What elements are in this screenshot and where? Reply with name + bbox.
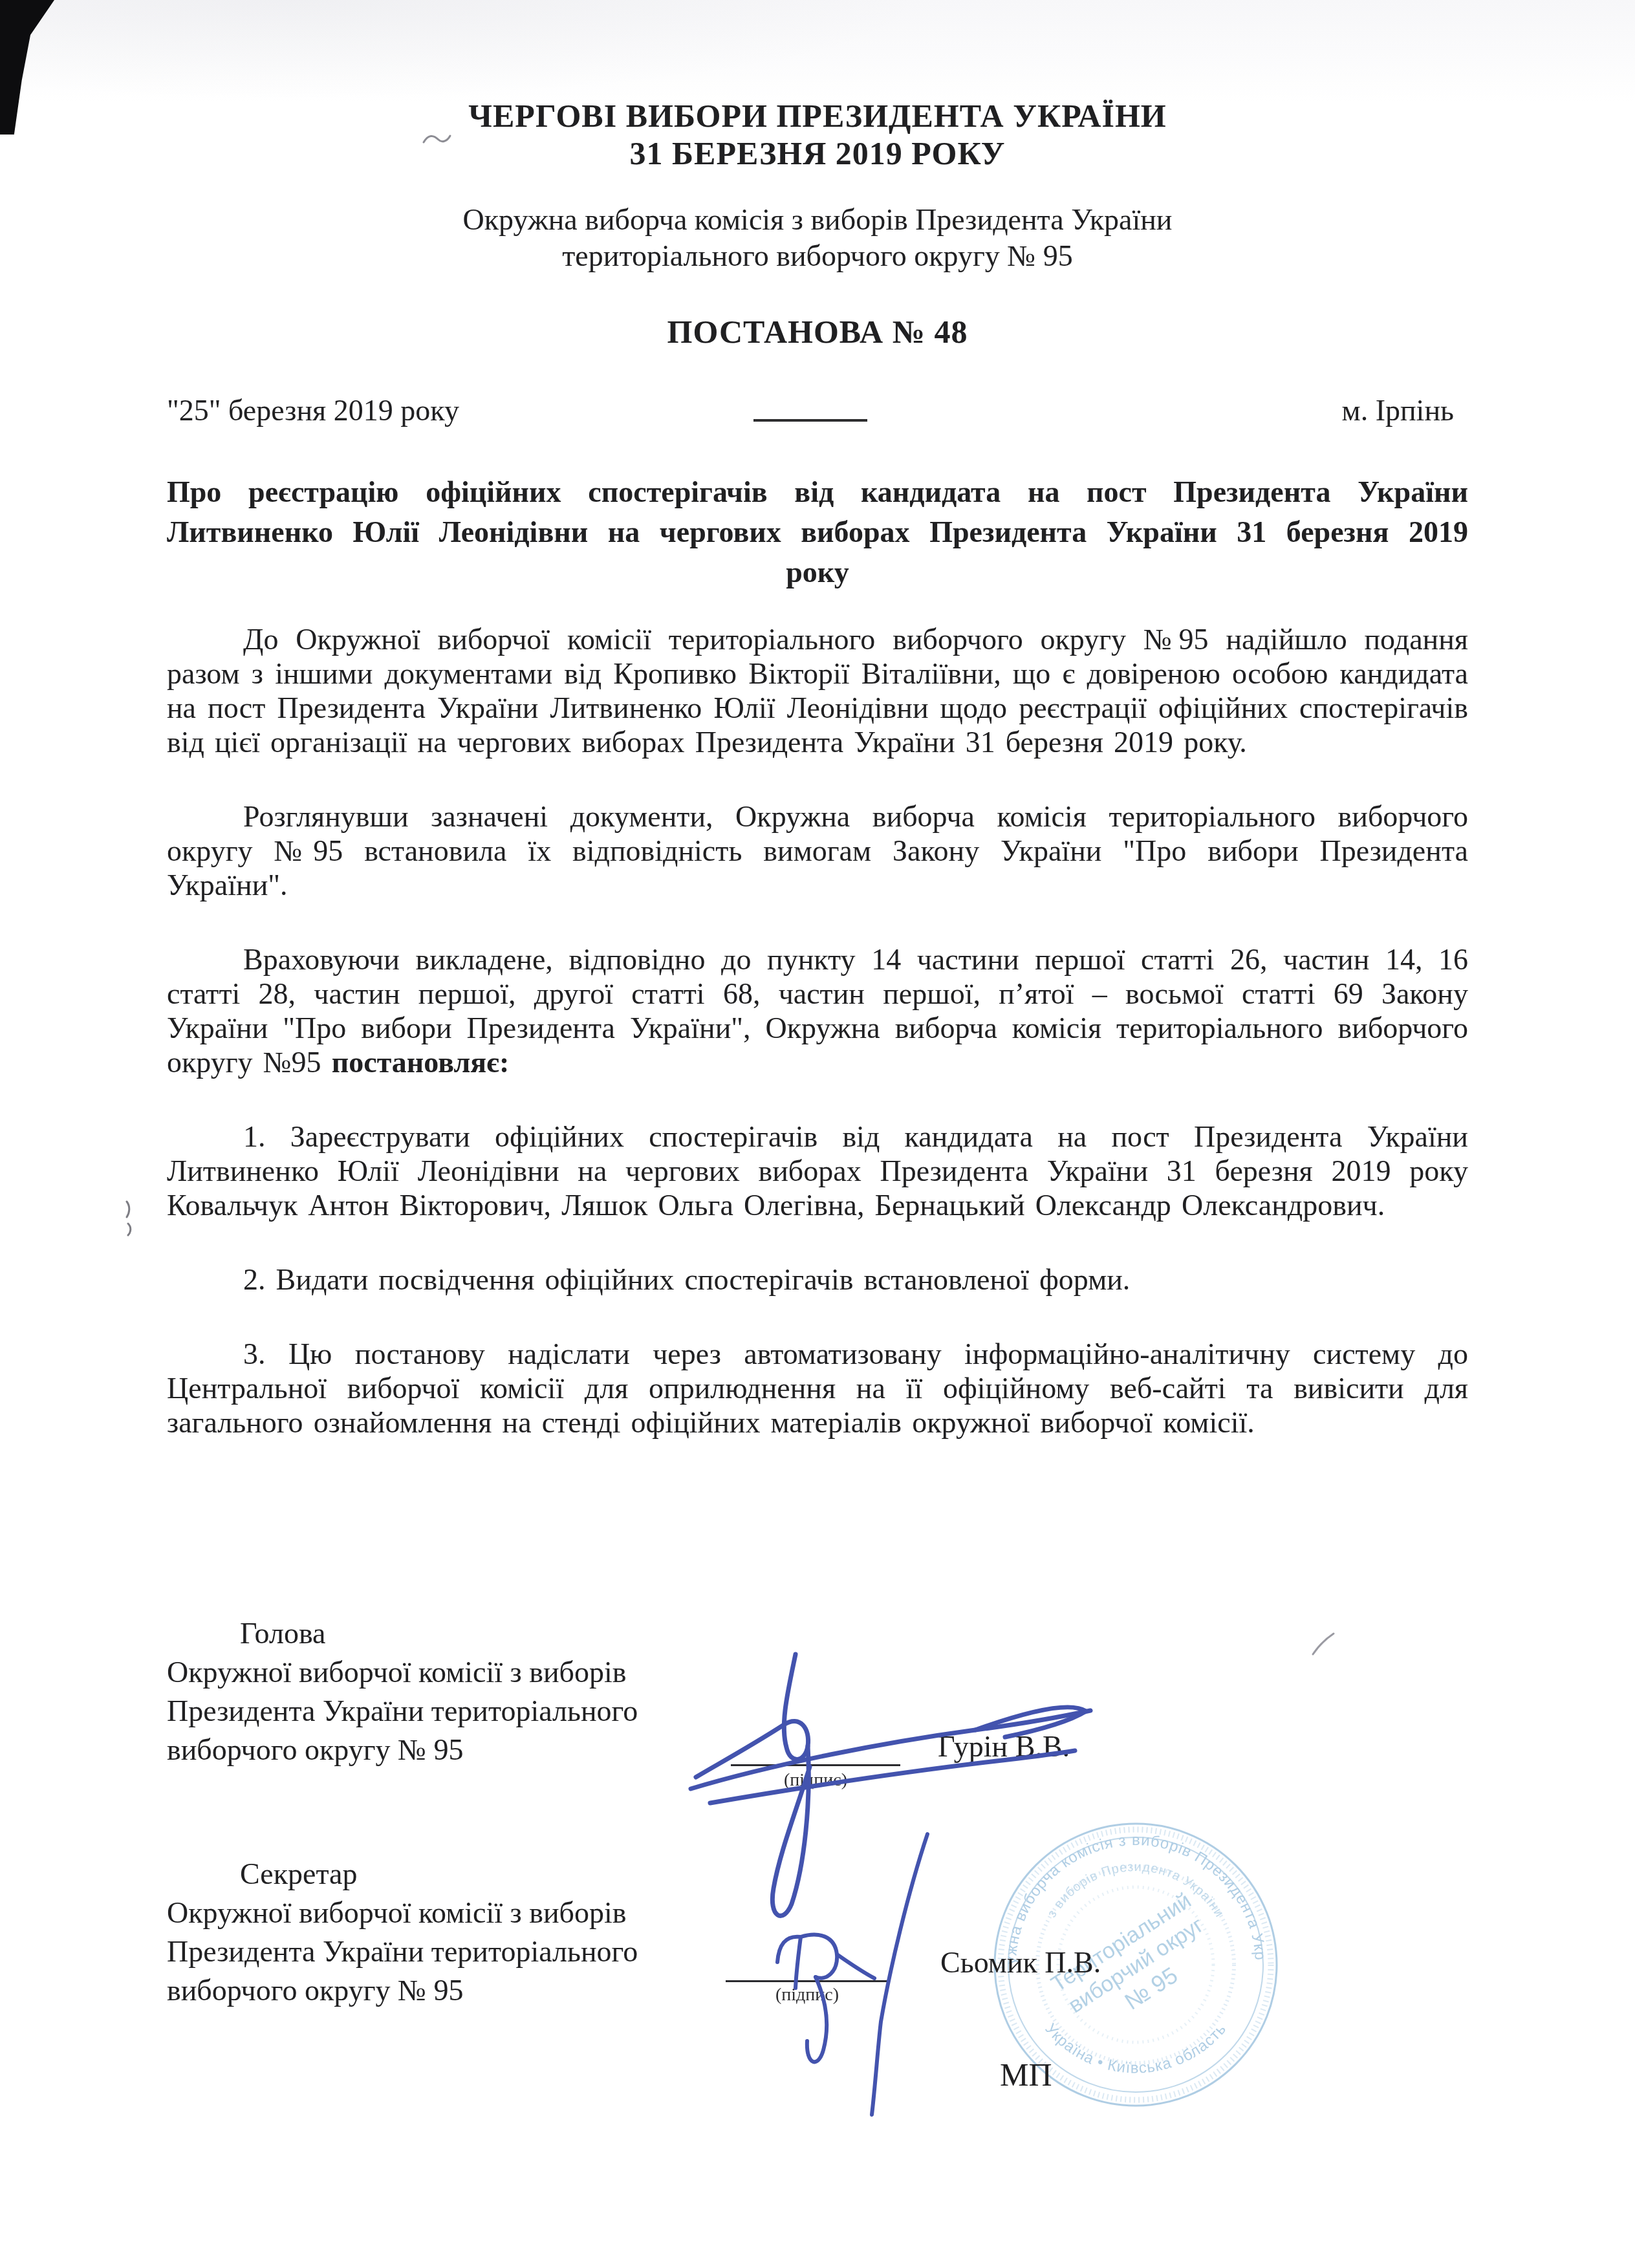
document-content: ЧЕРГОВІ ВИБОРИ ПРЕЗИДЕНТА УКРАЇНИ 31 БЕР…: [0, 0, 1635, 1440]
blank-underline: [753, 393, 867, 422]
document-place: м. Ірпінь: [872, 393, 1468, 428]
scan-artifact: [422, 129, 453, 149]
resolution-item-2: 2. Видати посвідчення офіційних спостері…: [167, 1262, 1468, 1297]
resolution-title: ПОСТАНОВА № 48: [167, 313, 1468, 351]
scan-artifact: [124, 1198, 141, 1237]
date-place-row: "25" березня 2019 року м. Ірпінь: [167, 393, 1468, 428]
subject-line2: Литвиненко Юлії Леонідівни на чергових в…: [167, 512, 1468, 552]
signer-org-line2: Президента України територіального: [167, 1932, 801, 1971]
resolution-subject: Про реєстрацію офіційних спостерігачів в…: [167, 472, 1468, 592]
svg-text:Україна • Київська область: Україна • Київська область: [1041, 2020, 1229, 2077]
commission-name-line2: територіального виборчого округу № 95: [167, 238, 1468, 274]
paragraph-3-resolves: постановляє:: [332, 1046, 510, 1079]
paragraph-2: Розглянувши зазначені документи, Окружна…: [167, 799, 1468, 902]
stamp-arc-bottom-text: Україна • Київська область: [1041, 2020, 1229, 2077]
election-title-line2: 31 БЕРЕЗНЯ 2019 РОКУ: [167, 135, 1468, 172]
election-title-line1: ЧЕРГОВІ ВИБОРИ ПРЕЗИДЕНТА УКРАЇНИ: [167, 97, 1468, 135]
resolution-item-1: 1. Зареєструвати офіційних спостерігачів…: [167, 1119, 1468, 1222]
resolution-item-3: 3. Цю постанову надіслати через автомати…: [167, 1337, 1468, 1440]
scanned-document-page: ЧЕРГОВІ ВИБОРИ ПРЕЗИДЕНТА УКРАЇНИ 31 БЕР…: [0, 0, 1635, 2268]
commission-name-line1: Окружна виборча комісія з виборів Презид…: [167, 202, 1468, 238]
signatures-section: Окружна виборча комісія з виборів Презид…: [167, 1614, 1468, 2264]
signer-org-line3: виборчого округу № 95: [167, 1971, 801, 2010]
subject-line3: року: [167, 552, 1468, 592]
seal-place-label: МП: [1000, 2057, 1052, 2093]
paragraph-1: До Окружної виборчої комісії територіаль…: [167, 622, 1468, 759]
paragraph-3: Враховуючи викладене, відповідно до пунк…: [167, 942, 1468, 1079]
handwritten-signature-secretary: [720, 1828, 992, 2132]
scan-artifact: [1308, 1630, 1337, 1659]
subject-line1: Про реєстрацію офіційних спостерігачів в…: [167, 472, 1468, 512]
commission-name: Окружна виборча комісія з виборів Презид…: [167, 202, 1468, 274]
document-date: "25" березня 2019 року: [167, 393, 748, 428]
